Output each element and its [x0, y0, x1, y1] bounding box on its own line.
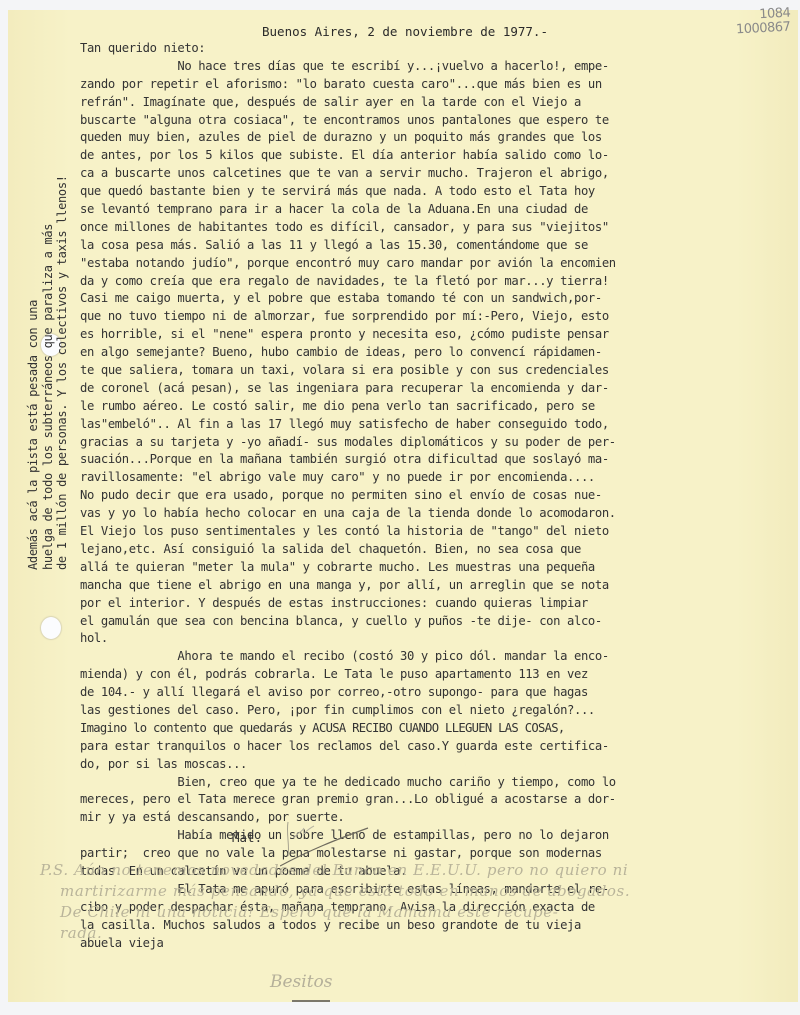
text-line: lejano,etc. Así consiguió la salida del … [80, 541, 780, 559]
text-line: mir y ya está descansando, por suerte. [80, 809, 780, 827]
text-line: mereces, pero el Tata merece gran premio… [80, 791, 780, 809]
text-line: de antes, por los 5 kilos que subiste. E… [80, 147, 780, 165]
text-line: se levantó temprano para ir a hacer la c… [80, 201, 780, 219]
text-line: el gamulán que sea con bencina blanca, y… [80, 613, 780, 631]
text-line: refrán". Imagínate que, después de salir… [80, 94, 780, 112]
text-line: que no tuvo tiempo ni de almorzar, fue s… [80, 308, 780, 326]
typed-signature: Mat. [232, 830, 262, 845]
text-line: Además acá la pista está pesada con una [26, 175, 41, 570]
text-line: Había metido un sobre lleno de estampill… [80, 827, 780, 845]
text-line: De Chile ni una noticia! Espero que la M… [40, 902, 780, 923]
text-line: Bien, creo que ya te he dedicado mucho c… [80, 774, 780, 792]
archive-number-annotation: 1084 1000867 [736, 8, 790, 36]
text-line: ca a buscarte unos calcetines que te van… [80, 165, 780, 183]
text-line: es horrible, si el "nene" espera pronto … [80, 326, 780, 344]
text-line: ravillosamente: "el abrigo vale muy caro… [80, 469, 780, 487]
text-line: Ahora te mando el recibo (costó 30 y pic… [80, 648, 780, 666]
handwritten-postscript: P.S. Aún no tenemos novedades del Banco … [40, 860, 780, 944]
text-line: da y como creía que era regalo de navida… [80, 273, 780, 291]
text-line: mienda) y con él, podrás cobrarla. Le Ta… [80, 666, 780, 684]
text-line: rada. [40, 923, 780, 944]
text-line: por el interior. Y después de estas inst… [80, 595, 780, 613]
text-line: No pudo decir que era usado, porque no p… [80, 487, 780, 505]
text-line: de 1 millón de personas. Y los colectivo… [55, 175, 70, 570]
text-line: once millones de habitantes todo es difí… [80, 219, 780, 237]
text-line: de 104.- y allí llegará el aviso por cor… [80, 684, 780, 702]
text-line: de coronel (acá pesan), se las ingeniara… [80, 380, 780, 398]
letter-body: Tan querido nieto: No hace tres días que… [80, 40, 780, 952]
closing-underline [292, 1000, 330, 1002]
text-line: suación...Porque en la mañana también su… [80, 451, 780, 469]
text-line: hol. [80, 630, 780, 648]
text-line: martirizarme más pensando, ya que está t… [40, 881, 780, 902]
text-line: Casi me caigo muerta, y el pobre que est… [80, 290, 780, 308]
text-line: mancha que tiene el abrigo en una manga … [80, 577, 780, 595]
handwritten-closing: Besitos [270, 972, 333, 992]
text-line: "estaba notando judío", porque encontró … [80, 255, 780, 273]
text-line: Imagino lo contento que quedarás y ACUSA… [80, 720, 780, 738]
text-line: te que saliera, tomara un taxi, volara s… [80, 362, 780, 380]
text-line: El Viejo los puso sentimentales y les co… [80, 523, 780, 541]
text-line: vas y yo lo había hecho colocar en una c… [80, 505, 780, 523]
punch-hole [41, 617, 61, 639]
text-line: do, por si las moscas... [80, 756, 780, 774]
text-line: Tan querido nieto: [80, 40, 780, 58]
text-line: le rumbo aéreo. Le costó salir, me dio p… [80, 398, 780, 416]
dateline: Buenos Aires, 2 de noviembre de 1977.- [262, 24, 548, 39]
text-line: en algo semejante? Bueno, hubo cambio de… [80, 344, 780, 362]
text-line: P.S. Aún no tenemos novedades del Banco … [40, 860, 780, 881]
text-line: buscarte "alguna otra cosiaca", te encon… [80, 112, 780, 130]
archive-number: 1000867 [735, 21, 790, 38]
text-line: las gestiones del caso. Pero, ¡por fin c… [80, 702, 780, 720]
margin-note: Además acá la pista está pesada con unah… [26, 175, 70, 570]
text-line: allá te quieran "meter la mula" y cobrar… [80, 559, 780, 577]
text-line: que quedó bastante bien y te servirá más… [80, 183, 780, 201]
text-line: queden muy bien, azules de piel de duraz… [80, 129, 780, 147]
text-line: gracias a su tarjeta y -yo añadí- sus mo… [80, 434, 780, 452]
text-line: huelga de todo los subterráneos que para… [41, 175, 56, 570]
text-line: la cosa pesa más. Salió a las 11 y llegó… [80, 237, 780, 255]
text-line: para estar tranquilos o hacer los reclam… [80, 738, 780, 756]
text-line: las"embeló".. Al fin a las 17 llegó muy … [80, 416, 780, 434]
text-line: zando por repetir el aforismo: "lo barat… [80, 76, 780, 94]
text-line: No hace tres días que te escribí y...¡vu… [80, 58, 780, 76]
